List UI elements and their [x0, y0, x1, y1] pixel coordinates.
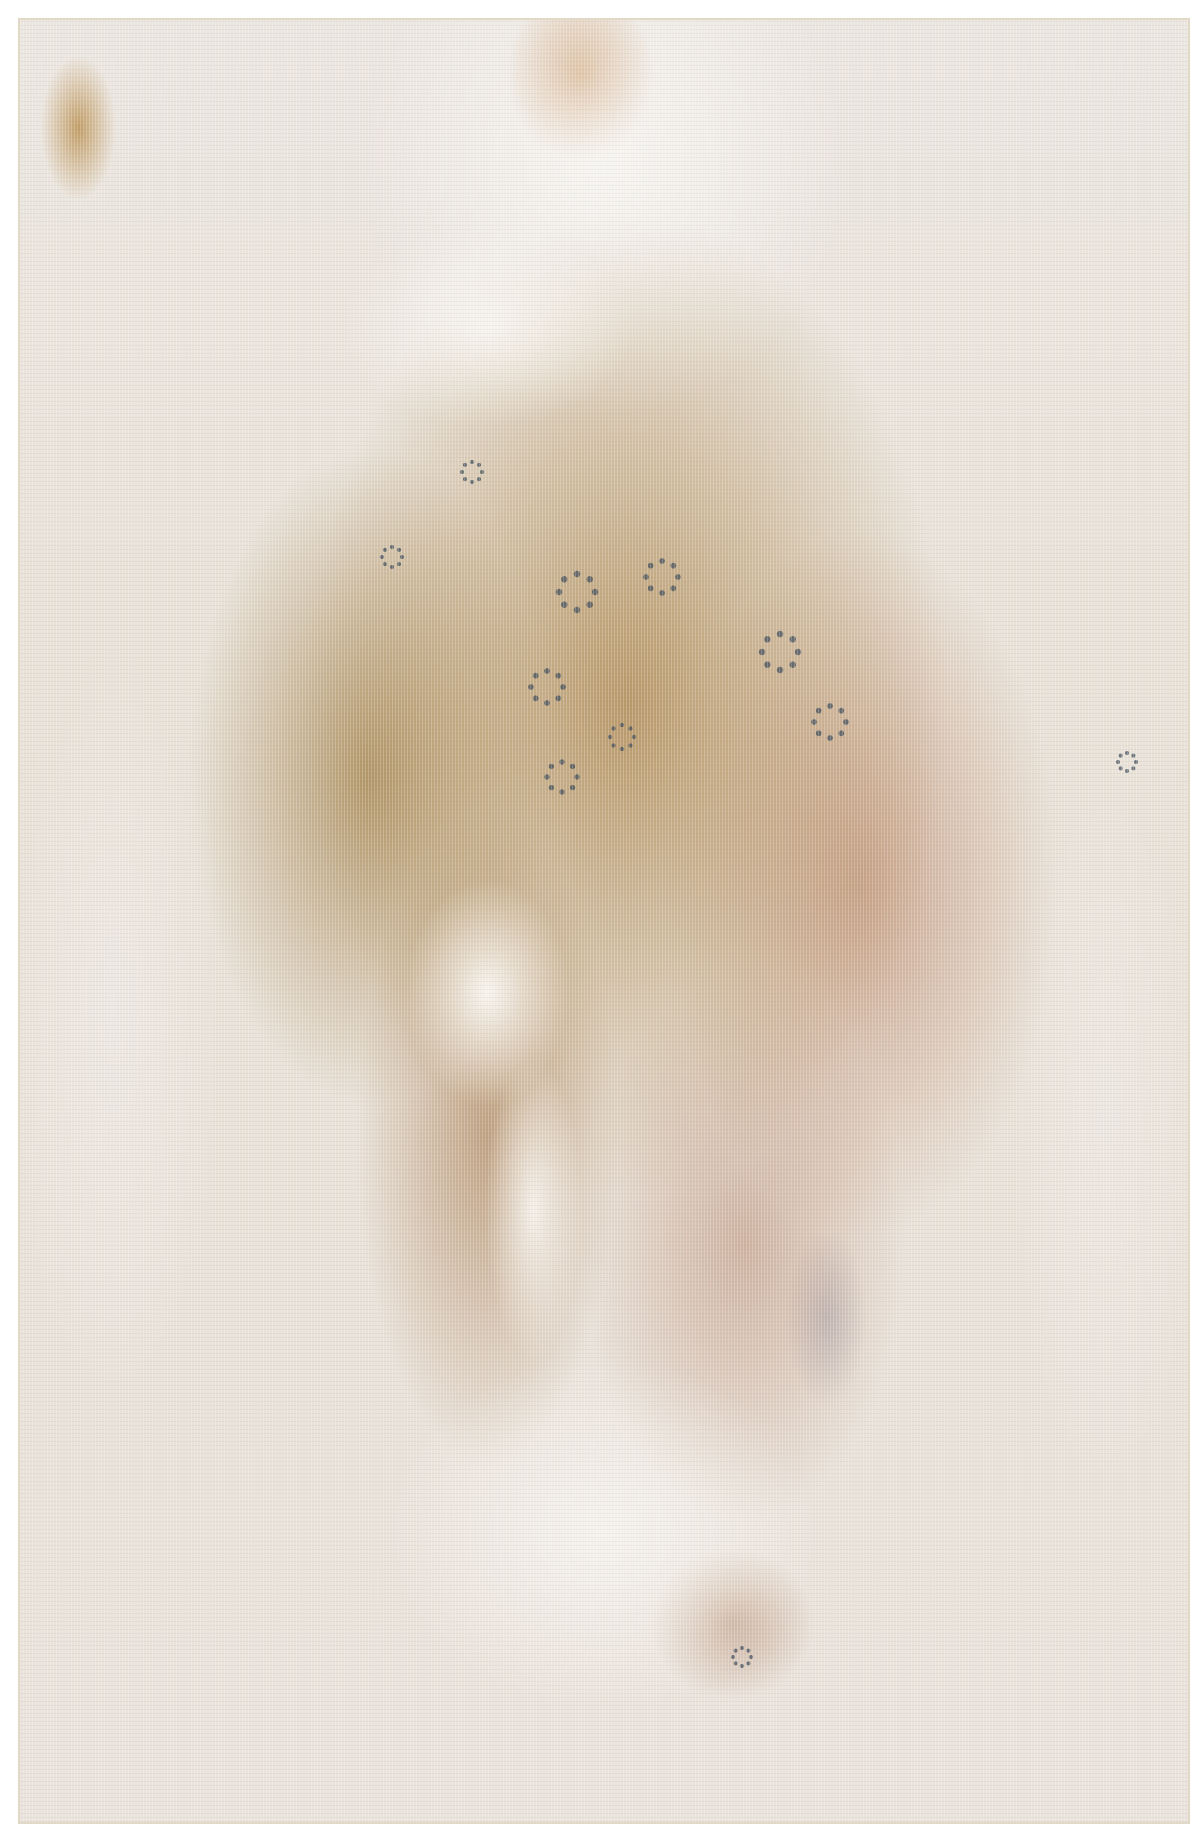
weave-texture — [20, 20, 1188, 1822]
rug-photo — [18, 18, 1190, 1824]
